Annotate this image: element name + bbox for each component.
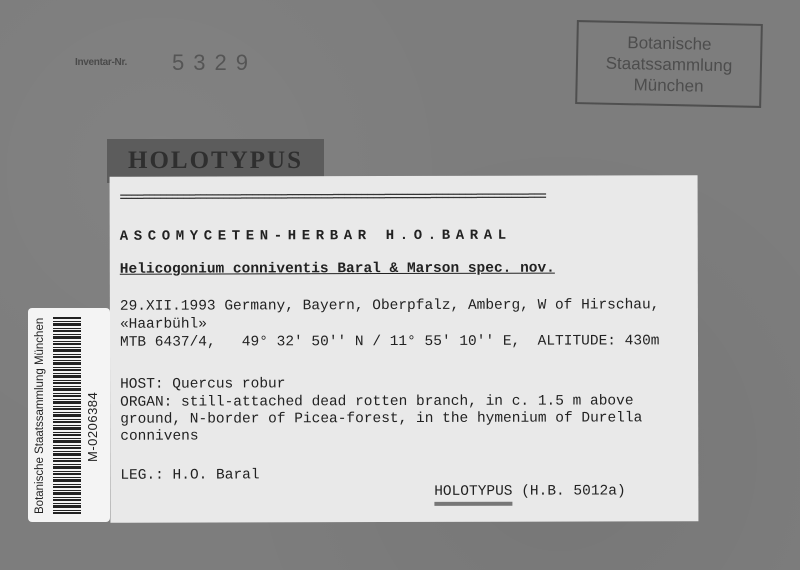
organ-line: ground, N-border of Picea-forest, in the… <box>120 410 642 428</box>
coordinates-line: MTB 6437/4, 49° 32' 50'' N / 11° 55' 10'… <box>120 333 660 351</box>
locality-line: «Haarbühl» <box>120 317 207 334</box>
collector-line: LEG.: H.O. Baral <box>120 467 259 484</box>
organ-line: ORGAN: still-attached dead rotten branch… <box>120 393 633 411</box>
separator-line: ========================================… <box>120 188 692 206</box>
specimen-label: ========================================… <box>110 175 699 523</box>
organ-line: connivens <box>120 429 198 446</box>
locality-line: 29.XII.1993 Germany, Bayern, Oberpfalz, … <box>120 297 660 315</box>
type-status: HOLOTYPUS (H.B. 5012a) <box>399 466 625 523</box>
species-name: Helicogonium conniventis Baral & Marson … <box>120 261 555 279</box>
barcode-number: M-0206384 <box>85 392 100 462</box>
host-line: HOST: Quercus robur <box>120 376 285 393</box>
stamp-line: München <box>633 74 703 96</box>
stamp-line: Staatssammlung <box>605 52 732 76</box>
type-reference: (H.B. 5012a) <box>512 483 625 499</box>
inventory-number: 5329 <box>172 50 257 76</box>
type-status-label: HOLOTYPUS <box>434 484 512 506</box>
barcode-institution: Botanische Staatssammlung München <box>34 318 46 514</box>
stamp-line: Botanische <box>627 32 712 55</box>
inventory-label: Inventar-Nr. <box>75 57 127 68</box>
institution-stamp: Botanische Staatssammlung München <box>575 20 763 108</box>
barcode-bars <box>53 316 81 514</box>
collection-title: ASCOMYCETEN-HERBAR H.O.BARAL <box>120 228 512 246</box>
barcode-label: Botanische Staatssammlung München M-0206… <box>28 308 110 522</box>
